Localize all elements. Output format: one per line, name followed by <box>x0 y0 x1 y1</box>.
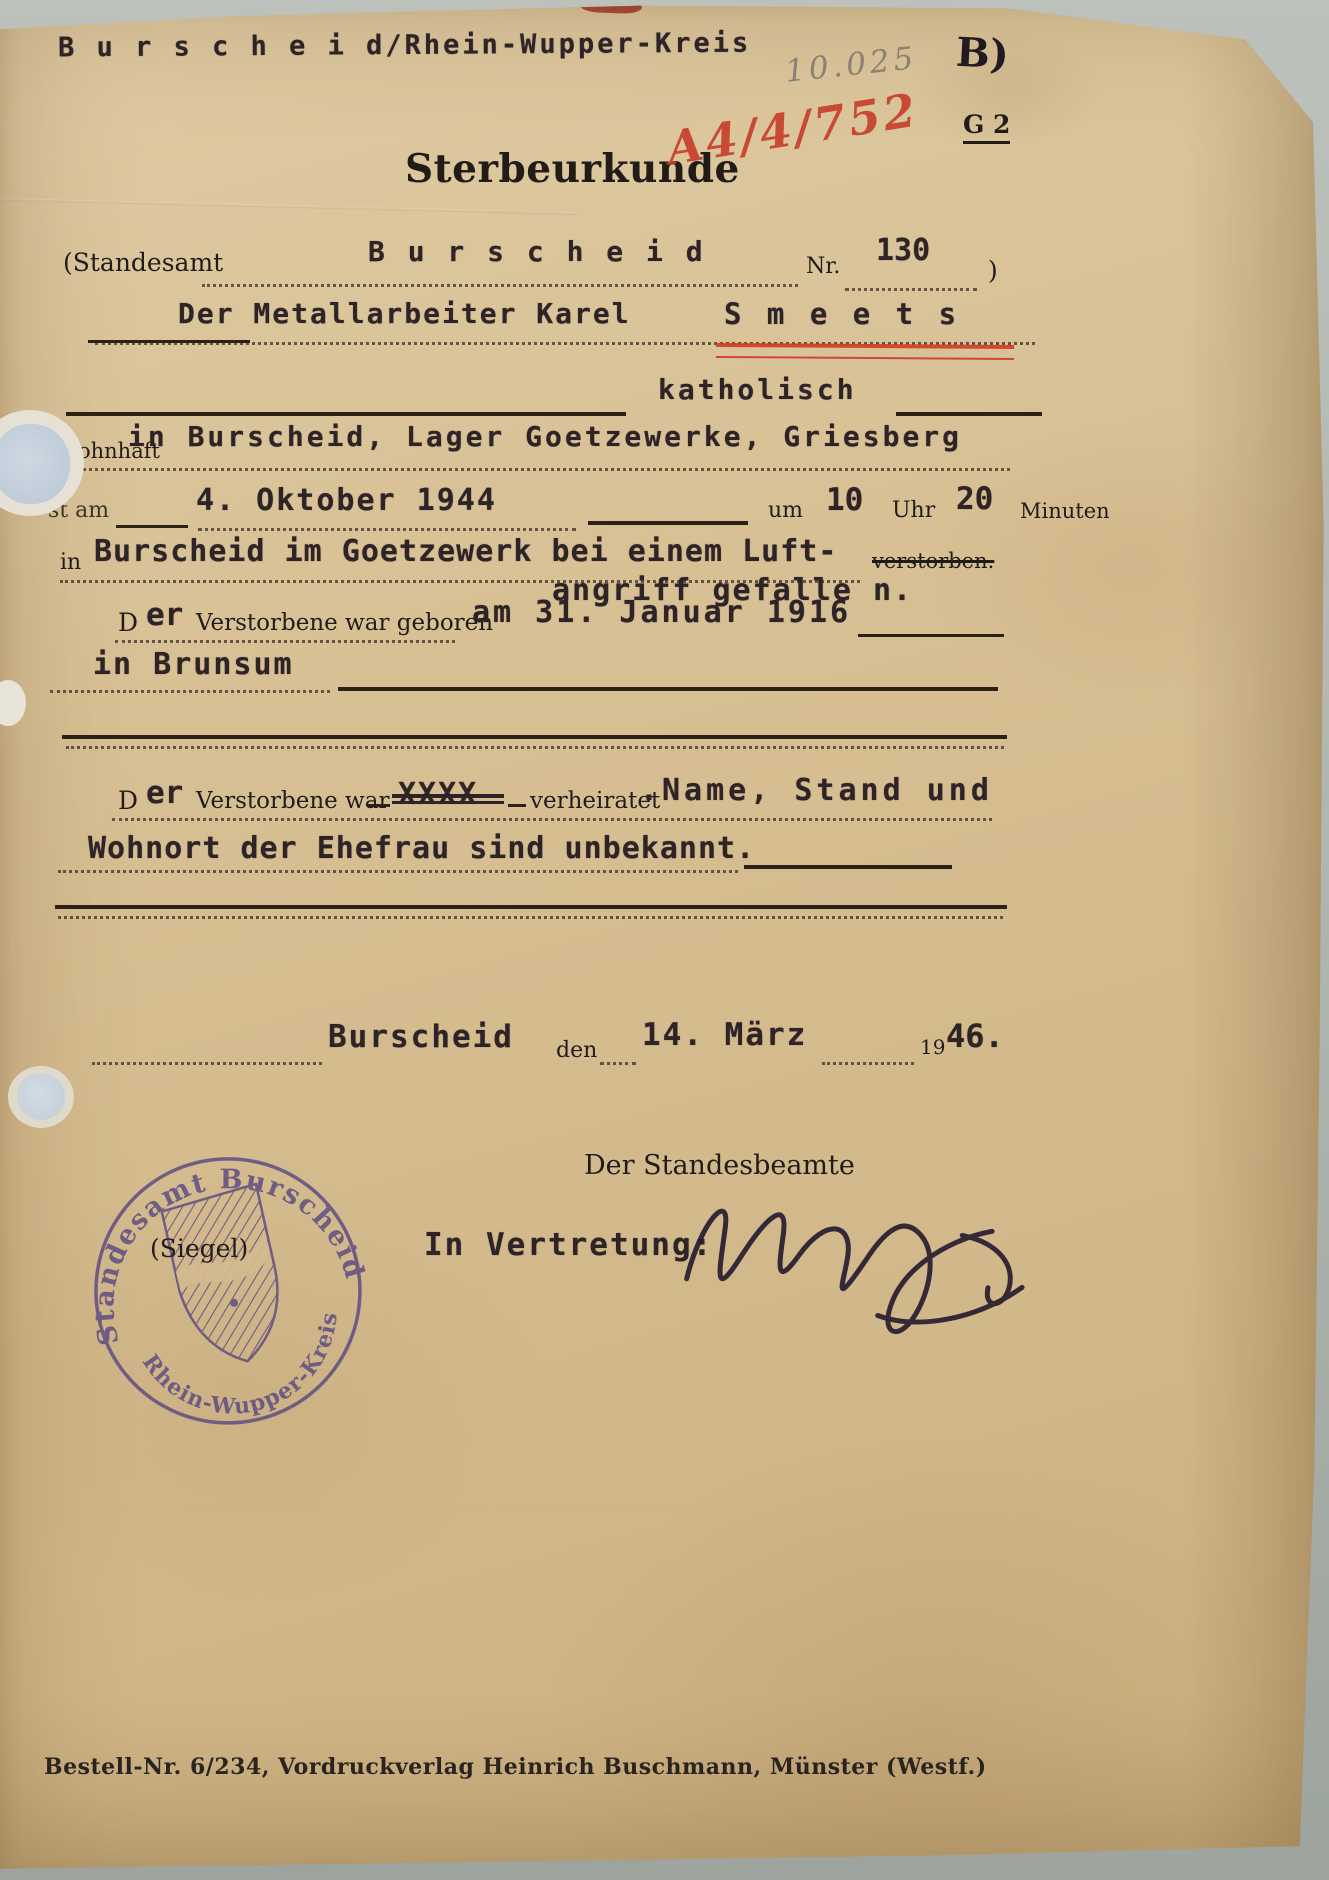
standesamt-label: (Standesamt <box>63 250 223 275</box>
red-reference-number: A4/4/752 <box>664 86 921 171</box>
typed-period: . <box>640 776 658 806</box>
red-underline <box>716 343 1014 360</box>
geboren-label: Verstorbene war geboren <box>196 612 493 635</box>
dotted-guide-line <box>50 690 330 693</box>
dotted-guide-line <box>112 818 992 821</box>
printed-d: D <box>118 610 138 635</box>
paper-sheet: B u r s c h e i d/Rhein-Wupper-Kreis 10.… <box>0 0 1329 1880</box>
death-hour-typed: 10 <box>826 485 863 516</box>
form-code-g2: G 2 <box>963 112 1010 144</box>
official-stamp: Standesamt Burscheid Rhein-Wupper-Kreis <box>48 1098 406 1477</box>
paper-tear <box>0 680 26 726</box>
blank-line <box>744 865 952 869</box>
dotted-guide-line <box>822 1062 914 1065</box>
um-label: um <box>768 500 803 522</box>
death-place-typed: Burscheid im Goetzewerk bei einem Luft- <box>94 537 837 567</box>
year-printed: 19 <box>920 1037 945 1057</box>
blank-line <box>858 634 1004 637</box>
typed-er-overstrike: er <box>146 600 183 631</box>
dotted-guide-line <box>58 916 1003 919</box>
blank-line <box>66 412 626 416</box>
registry-office-typed: B u r s c h e i d <box>368 238 706 266</box>
deceased-description-typed: Der Metallarbeiter Karel <box>178 300 631 328</box>
dotted-guide-line <box>600 1062 636 1065</box>
residence-typed: in Burscheid, Lager Goetzewerke, Griesbe… <box>128 423 962 451</box>
dotted-guide-line <box>66 746 1004 749</box>
printed-d: D <box>118 788 138 813</box>
official-signature <box>657 1144 1081 1382</box>
issue-date-typed: 14. März <box>642 1020 807 1051</box>
marital-note2-typed: Wohnort der Ehefrau sind unbekannt. <box>88 834 755 864</box>
overstrike-line <box>392 794 504 798</box>
religion-typed: katholisch <box>658 376 857 404</box>
typed-location-header: B u r s c h e i d/Rhein-Wupper-Kreis <box>58 30 751 62</box>
typed-er-overstrike: er <box>146 778 183 809</box>
edge-shading <box>0 0 1329 1880</box>
dotted-guide-line <box>198 528 576 531</box>
siegel-label: (Siegel) <box>150 1236 248 1261</box>
marital-note1-typed: Name, Stand und <box>662 776 993 806</box>
year-typed: 46. <box>946 1020 1004 1052</box>
dash <box>508 804 526 807</box>
dotted-guide-line <box>58 870 738 873</box>
war-label: Verstorbene war <box>196 790 389 813</box>
dotted-guide-line <box>92 1062 322 1065</box>
fold-crease <box>60 1506 1240 1508</box>
overstrike-line <box>392 801 504 804</box>
pencil-archive-number: 10.025 <box>784 43 919 88</box>
blank-line <box>896 412 1042 416</box>
dotted-guide-line <box>115 640 455 643</box>
birth-place-typed: in Brunsum <box>93 650 294 680</box>
dotted-guide-line <box>845 288 977 291</box>
death-minutes-typed: 20 <box>956 484 993 515</box>
certificate-number-typed: 130 <box>876 236 930 266</box>
verstorben-struck-label: verstorben. <box>872 551 994 572</box>
dash <box>368 804 390 807</box>
red-ink-smudge <box>580 0 642 14</box>
death-date-typed: 4. Oktober 1944 <box>196 486 497 516</box>
footer-imprint: Bestell-Nr. 6/234, Vordruckverlag Heinri… <box>44 1756 987 1778</box>
punch-hole <box>17 1073 65 1120</box>
punch-hole <box>0 424 70 504</box>
document-photo: B u r s c h e i d/Rhein-Wupper-Kreis 10.… <box>0 0 1329 1880</box>
blank-line <box>338 687 998 691</box>
deceased-surname-typed: S m e e t s <box>724 300 960 329</box>
section-rule <box>55 905 1007 909</box>
issue-place-typed: Burscheid <box>328 1022 514 1053</box>
birth-date-typed: am 31. Januar 1916 <box>472 598 851 628</box>
dotted-guide-line <box>60 468 1010 471</box>
den-label: den <box>556 1040 597 1062</box>
in-label: in <box>60 552 81 574</box>
dotted-guide-line <box>202 284 798 287</box>
blank-line <box>116 525 188 528</box>
fold-crease <box>0 198 580 215</box>
uhr-label: Uhr <box>892 500 935 522</box>
closing-paren: ) <box>988 258 998 283</box>
nr-label: Nr. <box>806 256 840 278</box>
ink-letter-mark: B) <box>955 33 1010 76</box>
minuten-label: Minuten <box>1020 501 1110 522</box>
section-rule <box>62 735 1007 739</box>
blank-line <box>588 521 748 525</box>
